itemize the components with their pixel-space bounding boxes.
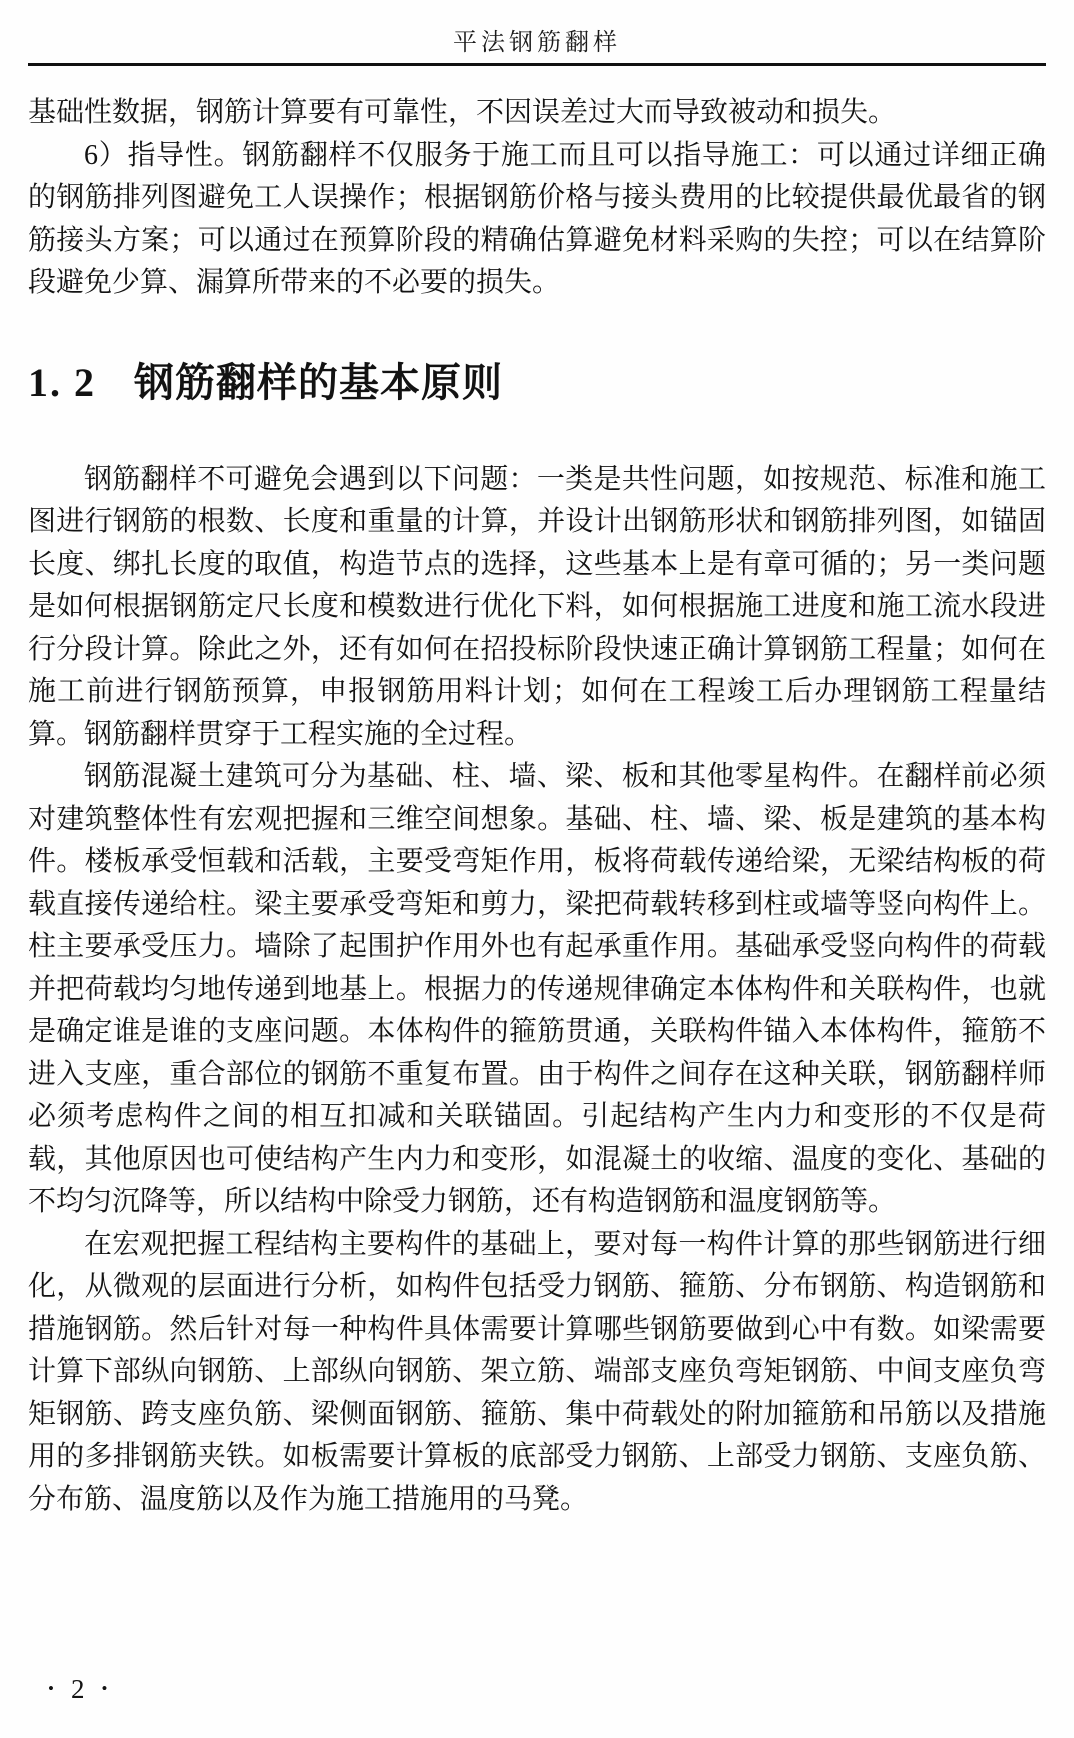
book-page: 平法钢筋翻样 基础性数据，钢筋计算要有可靠性，不因误差过大而导致被动和损失。 6… bbox=[0, 0, 1074, 1738]
paragraph-intro-continuation: 基础性数据，钢筋计算要有可靠性，不因误差过大而导致被动和损失。 bbox=[28, 92, 1046, 135]
page-footer: • 2 • bbox=[48, 1676, 107, 1703]
section-title: 钢筋翻样的基本原则 bbox=[134, 361, 503, 405]
paragraph-section-2: 钢筋混凝土建筑可分为基础、柱、墙、梁、板和其他零星构件。在翻样前必须对建筑整体性… bbox=[28, 756, 1046, 1224]
paragraph-section-3: 在宏观把握工程结构主要构件的基础上，要对每一构件计算的那些钢筋进行细化，从微观的… bbox=[28, 1224, 1046, 1522]
running-header-title: 平法钢筋翻样 bbox=[453, 30, 621, 56]
footer-left-dot: • bbox=[48, 1680, 54, 1697]
header-rule bbox=[28, 63, 1046, 66]
page-number: 2 bbox=[71, 1676, 85, 1703]
section-heading: 1. 2钢筋翻样的基本原则 bbox=[28, 357, 1046, 409]
page-content: 基础性数据，钢筋计算要有可靠性，不因误差过大而导致被动和损失。 6）指导性。钢筋… bbox=[28, 92, 1046, 1521]
section-number: 1. 2 bbox=[28, 360, 96, 405]
section-body: 钢筋翻样不可避免会遇到以下问题：一类是共性问题，如按规范、标准和施工图进行钢筋的… bbox=[28, 459, 1046, 1522]
footer-right-dot: • bbox=[101, 1680, 107, 1697]
paragraph-intro-item-6: 6）指导性。钢筋翻样不仅服务于施工而且可以指导施工：可以通过详细正确的钢筋排列图… bbox=[28, 135, 1046, 305]
running-header: 平法钢筋翻样 bbox=[0, 22, 1074, 57]
paragraph-section-1: 钢筋翻样不可避免会遇到以下问题：一类是共性问题，如按规范、标准和施工图进行钢筋的… bbox=[28, 459, 1046, 757]
